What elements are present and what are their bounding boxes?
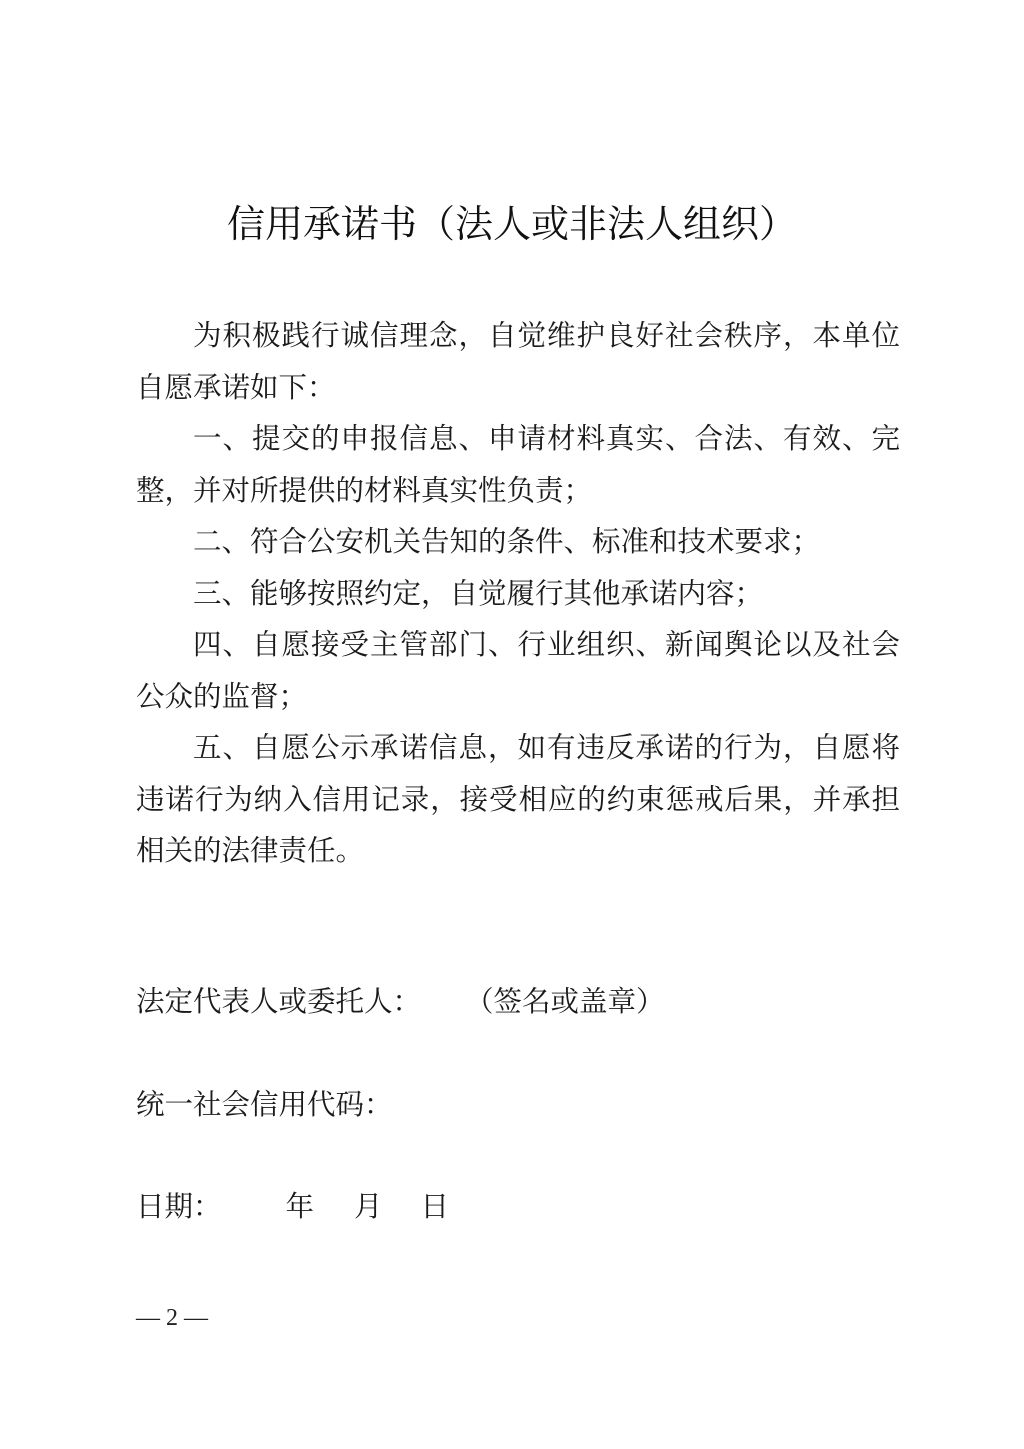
signature-hint: （签名或盖章） (465, 985, 665, 1018)
commitment-item-4: 四、自愿接受主管部门、行业组织、新闻舆论以及社会公众的监督； (136, 619, 900, 722)
document-body: 为积极践行诚信理念，自觉维护良好社会秩序，本单位自愿承诺如下： 一、提交的申报信… (136, 310, 900, 877)
page-number: — 2 — (136, 1303, 208, 1333)
representative-signature-line: 法定代表人或委托人：（签名或盖章） (136, 982, 665, 1022)
document-page: 信用承诺书（法人或非法人组织） 为积极践行诚信理念，自觉维护良好社会秩序，本单位… (0, 0, 1024, 1449)
date-day: 日 (421, 1190, 450, 1223)
commitment-item-3: 三、能够按照约定，自觉履行其他承诺内容； (136, 568, 900, 620)
commitment-item-2: 二、符合公安机关告知的条件、标准和技术要求； (136, 516, 900, 568)
intro-paragraph: 为积极践行诚信理念，自觉维护良好社会秩序，本单位自愿承诺如下： (136, 310, 900, 413)
date-label: 日期： (136, 1190, 222, 1223)
credit-code-label: 统一社会信用代码： (136, 1088, 393, 1121)
commitment-item-1: 一、提交的申报信息、申请材料真实、合法、有效、完整，并对所提供的材料真实性负责； (136, 413, 900, 516)
date-month: 月 (354, 1190, 383, 1223)
representative-label: 法定代表人或委托人： (136, 985, 421, 1018)
date-line: 日期：年月日 (136, 1187, 449, 1227)
date-year: 年 (286, 1190, 315, 1223)
document-title: 信用承诺书（法人或非法人组织） (0, 198, 1024, 250)
credit-code-line: 统一社会信用代码： (136, 1085, 393, 1125)
commitment-item-5: 五、自愿公示承诺信息，如有违反承诺的行为，自愿将违诺行为纳入信用记录，接受相应的… (136, 722, 900, 877)
